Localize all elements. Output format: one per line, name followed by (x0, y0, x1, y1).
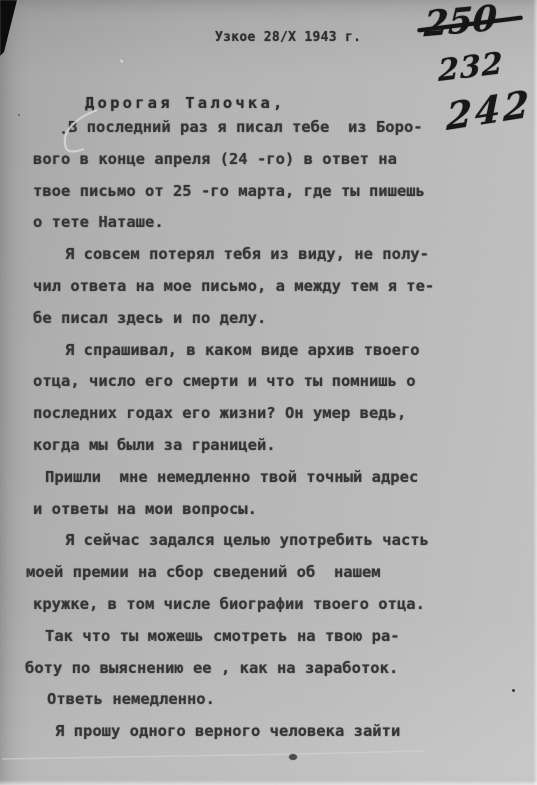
scanned-letter-page: Узкое 28/X 1943 г. 250 232 242 Дорогая Т… (0, 0, 537, 785)
letter-line: когда мы были за границей. (33, 436, 503, 468)
letter-line: Я спрашивал, в каком виде архив твоего (65, 341, 503, 373)
letter-line: Пришли мне немедленно твой точный адрес (45, 468, 503, 500)
letter-line: боту по выяснению ее , как на заработок. (25, 659, 503, 691)
dateline: Узкое 28/X 1943 г. (215, 30, 361, 45)
letter-line: моей премии на сбор сведений об нашем (26, 563, 503, 595)
letter-line: отца, число его смерти и что ты помнишь … (33, 372, 503, 404)
salutation: Дорогая Талочка, (85, 94, 286, 112)
letter-line: твое письмо от 25 -го марта, где ты пише… (33, 182, 503, 214)
letter-line: Я сейчас задался целью употребить часть (65, 531, 503, 563)
letter-body: В последний раз я писал тебе из Боро-вог… (33, 118, 503, 754)
ink-speck (62, 131, 65, 134)
letter-line: Ответь немедленно. (47, 690, 503, 722)
scan-corner-artifact (0, 0, 20, 58)
letter-line: последних годах его жизни? Он умер ведь, (33, 404, 503, 436)
paper-fleck (120, 60, 123, 62)
ink-speck (512, 689, 515, 692)
scan-edge-right (533, 0, 537, 785)
letter-line: Так что ты можешь смотреть на твою ра- (45, 627, 503, 659)
letter-line: Я совсем потерял тебя из виду, не полу- (65, 245, 503, 277)
letter-line: чил ответа на мое письмо, а между тем я … (33, 277, 503, 309)
handwritten-number-232: 232 (438, 46, 504, 89)
letter-line: и ответы на мои вопросы. (33, 500, 503, 532)
letter-line: о тете Наташе. (33, 213, 503, 245)
letter-line: В последний раз я писал тебе из Боро- (68, 118, 503, 150)
scan-edge-bottom (0, 780, 537, 785)
letter-line: Я прошу одного верного человека зайти (55, 722, 503, 754)
ink-speck (289, 754, 297, 760)
letter-line: кружке, в том числе биографии твоего отц… (33, 595, 503, 627)
ink-speck (18, 114, 20, 116)
letter-line: бе писал здесь и по делу. (33, 309, 503, 341)
letter-line: вого в конце апреля (24 -го) в ответ на (33, 150, 503, 182)
